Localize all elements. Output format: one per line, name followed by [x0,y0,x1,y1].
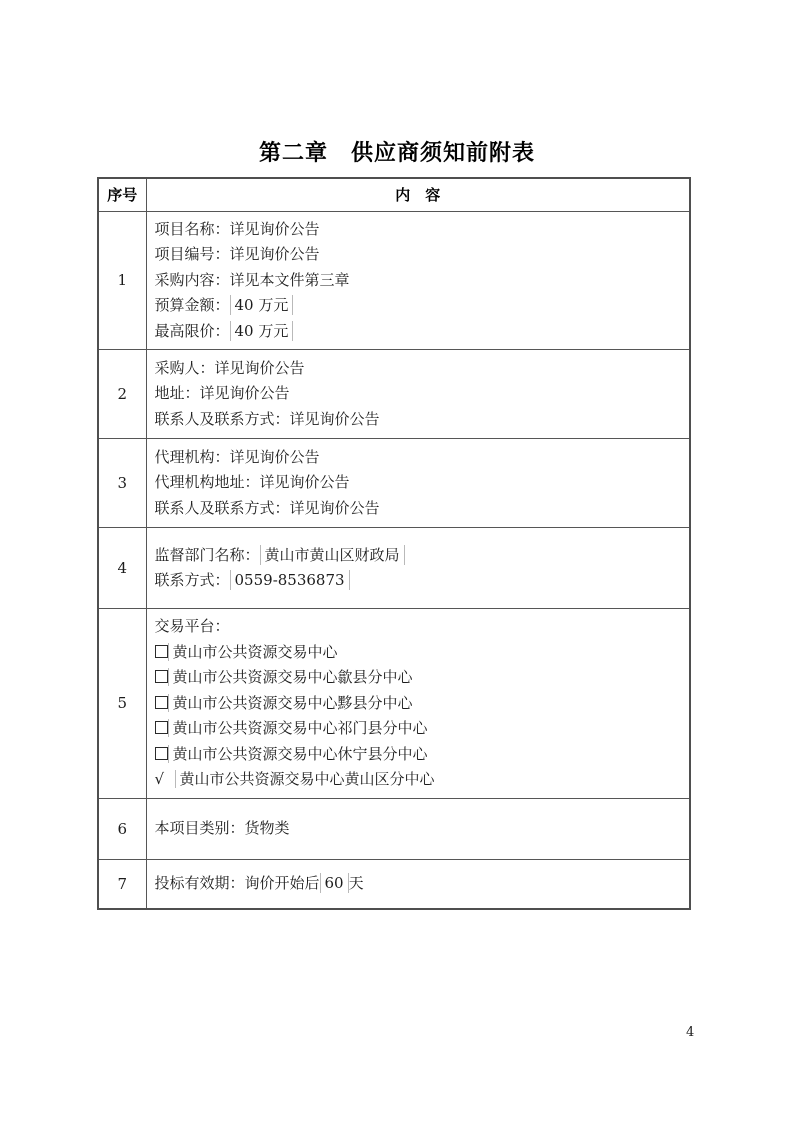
table-row: 3 代理机构：详见询价公告 代理机构地址：详见询价公告 联系人及联系方式：详见询… [98,439,690,528]
page-title: 第二章 供应商须知前附表 [0,136,794,167]
line-text: 采购人：详见询价公告 [155,359,305,377]
form-field: 60 [320,873,349,893]
field-suffix: 天 [349,874,364,892]
line-text: 联系人及联系方式：详见询价公告 [155,410,380,428]
notice-table: 序号 内 容 1 项目名称：详见询价公告 项目编号：详见询价公告 采购内容：详见… [97,177,691,910]
row-content: 投标有效期：询价开始后60天 [146,859,690,909]
page-number: 4 [686,1025,694,1040]
field-line: 最高限价：40 万元 [155,319,680,345]
text-line: 本项目类别：货物类 [155,816,680,842]
row-content: 代理机构：详见询价公告 代理机构地址：详见询价公告 联系人及联系方式：详见询价公… [146,439,690,528]
row-number: 2 [98,350,146,439]
table-row: 1 项目名称：详见询价公告 项目编号：详见询价公告 采购内容：详见本文件第三章 … [98,211,690,350]
form-field: 40 万元 [230,321,294,341]
text-line: 代理机构地址：详见询价公告 [155,470,680,496]
option-label: 黄山市公共资源交易中心 [168,643,338,661]
checkbox-icon[interactable] [155,721,168,734]
header-row: 序号 内 容 [98,178,690,211]
line-text: 代理机构：详见询价公告 [155,448,320,466]
row-content: 交易平台： 黄山市公共资源交易中心 黄山市公共资源交易中心歙县分中心 黄山市公共… [146,609,690,799]
line-text: 项目名称：详见询价公告 [155,220,320,238]
checkbox-icon[interactable] [155,696,168,709]
field-line: 投标有效期：询价开始后60天 [155,871,680,897]
option-label: 黄山市公共资源交易中心休宁县分中心 [168,745,428,763]
form-field: 40 万元 [230,295,294,315]
table-row: 2 采购人：详见询价公告 地址：详见询价公告 联系人及联系方式：详见询价公告 [98,350,690,439]
row-number: 4 [98,528,146,609]
field-line: 预算金额：40 万元 [155,293,680,319]
table-row: 6 本项目类别：货物类 [98,798,690,859]
option-label: 黄山市公共资源交易中心歙县分中心 [168,668,413,686]
line-text: 联系人及联系方式：详见询价公告 [155,499,380,517]
field-line: 监督部门名称：黄山市黄山区财政局 [155,543,680,569]
form-field: 黄山市黄山区财政局 [260,545,405,565]
checkbox-icon[interactable] [155,670,168,683]
option-label: 黄山市公共资源交易中心祁门县分中心 [168,719,428,737]
row-number: 3 [98,439,146,528]
text-line: 联系人及联系方式：详见询价公告 [155,496,680,522]
field-label: 投标有效期：询价开始后 [155,874,320,892]
field-label: 监督部门名称： [155,546,260,564]
checkmark-icon[interactable]: √ [155,767,169,793]
row-number: 5 [98,609,146,799]
text-line: 项目编号：详见询价公告 [155,242,680,268]
line-text: 项目编号：详见询价公告 [155,245,320,263]
text-line: 采购人：详见询价公告 [155,356,680,382]
text-line: 交易平台： [155,614,680,640]
table-row: 4 监督部门名称：黄山市黄山区财政局 联系方式：0559-8536873 [98,528,690,609]
line-text: 地址：详见询价公告 [155,384,290,402]
line-text: 交易平台： [155,617,230,635]
row-number: 1 [98,211,146,350]
platform-option: 黄山市公共资源交易中心 [155,640,680,666]
row-number: 6 [98,798,146,859]
row-content: 监督部门名称：黄山市黄山区财政局 联系方式：0559-8536873 [146,528,690,609]
row-content: 项目名称：详见询价公告 项目编号：详见询价公告 采购内容：详见本文件第三章 预算… [146,211,690,350]
text-line: 地址：详见询价公告 [155,381,680,407]
text-line: 采购内容：详见本文件第三章 [155,268,680,294]
table-row: 7 投标有效期：询价开始后60天 [98,859,690,909]
header-content: 内 容 [146,178,690,211]
text-line: 联系人及联系方式：详见询价公告 [155,407,680,433]
field-line: 联系方式：0559-8536873 [155,568,680,594]
row-number: 7 [98,859,146,909]
field-label: 最高限价： [155,322,230,340]
table-row: 5 交易平台： 黄山市公共资源交易中心 黄山市公共资源交易中心歙县分中心 黄山市… [98,609,690,799]
line-text: 代理机构地址：详见询价公告 [155,473,350,491]
line-text: 采购内容：详见本文件第三章 [155,271,350,289]
text-line: 代理机构：详见询价公告 [155,445,680,471]
line-text: 本项目类别：货物类 [155,819,290,837]
field-label: 联系方式： [155,571,230,589]
row-content: 本项目类别：货物类 [146,798,690,859]
field-label: 预算金额： [155,296,230,314]
text-line: 项目名称：详见询价公告 [155,217,680,243]
option-label: 黄山市公共资源交易中心黟县分中心 [168,694,413,712]
document-page: 第二章 供应商须知前附表 序号 内 容 1 项目名称：详见询价公告 项目编号：详… [0,0,794,1122]
platform-option-selected: √黄山市公共资源交易中心黄山区分中心 [155,767,680,793]
platform-option: 黄山市公共资源交易中心祁门县分中心 [155,716,680,742]
header-seq-no: 序号 [98,178,146,211]
platform-option: 黄山市公共资源交易中心休宁县分中心 [155,742,680,768]
platform-option: 黄山市公共资源交易中心黟县分中心 [155,691,680,717]
option-label: 黄山市公共资源交易中心黄山区分中心 [175,770,435,788]
platform-option: 黄山市公共资源交易中心歙县分中心 [155,665,680,691]
form-field: 0559-8536873 [230,570,350,590]
row-content: 采购人：详见询价公告 地址：详见询价公告 联系人及联系方式：详见询价公告 [146,350,690,439]
checkbox-icon[interactable] [155,747,168,760]
checkbox-icon[interactable] [155,645,168,658]
